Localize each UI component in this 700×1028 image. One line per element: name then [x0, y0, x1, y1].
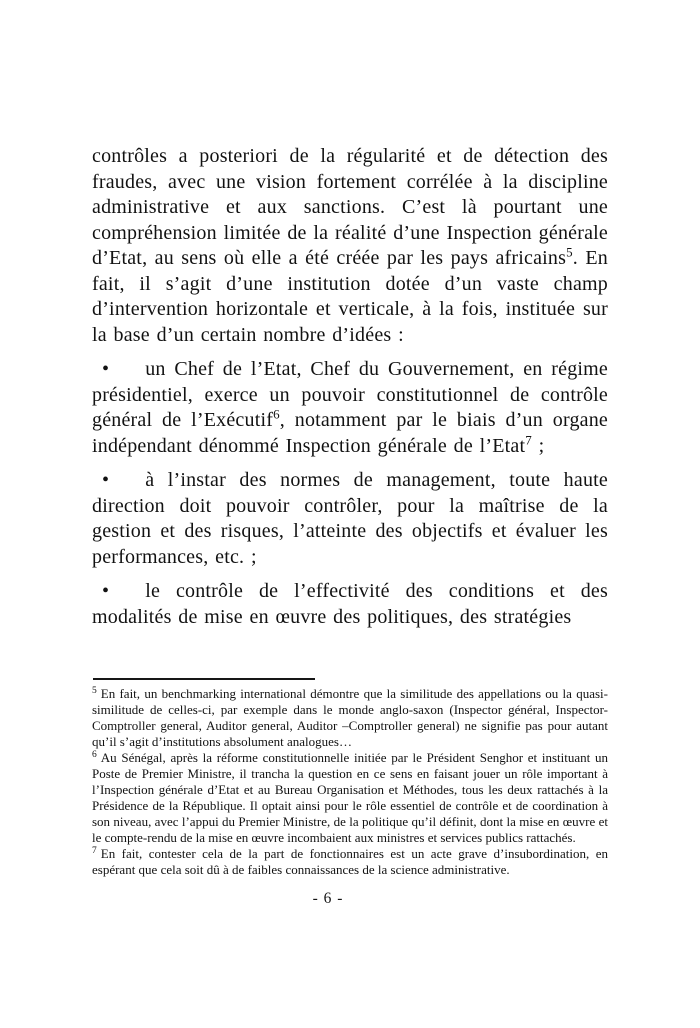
footnote-number: 6 [92, 750, 97, 760]
footnote-text: En fait, contester cela de la part de fo… [92, 846, 608, 877]
footnote-separator-line [93, 678, 315, 680]
bullet-icon: • [102, 469, 109, 491]
paragraph-text: contrôles a posteriori de la régularité … [92, 145, 608, 269]
document-page: contrôles a posteriori de la régularité … [0, 0, 700, 1028]
footnote-text: Au Sénégal, après la réforme constitutio… [92, 750, 608, 845]
bullet-text: à l’instar des normes de management, tou… [92, 469, 608, 568]
footnote-5: 5En fait, un benchmarking international … [92, 686, 608, 750]
bullet-text: le contrôle de l’effectivité des conditi… [92, 580, 608, 628]
body-paragraph: contrôles a posteriori de la régularité … [92, 144, 608, 348]
footnotes-section: 5En fait, un benchmarking international … [92, 672, 608, 878]
footnote-ref-7: 7 [525, 432, 532, 447]
footnote-number: 5 [92, 686, 97, 696]
page-body-text: contrôles a posteriori de la régularité … [92, 144, 608, 630]
footnote-ref-5: 5 [566, 244, 573, 259]
footnote-number: 7 [92, 846, 97, 856]
bullet-icon: • [102, 580, 109, 602]
page-number: - 6 - [70, 890, 586, 908]
footnote-7: 7En fait, contester cela de la part de f… [92, 846, 608, 878]
footnote-text: En fait, un benchmarking international d… [92, 686, 608, 749]
bullet-item-1: •un Chef de l’Etat, Chef du Gouvernement… [92, 357, 608, 459]
bullet-item-3: •le contrôle de l’effectivité des condit… [92, 579, 608, 630]
footnote-ref-6: 6 [273, 406, 280, 421]
footnote-6: 6Au Sénégal, après la réforme constituti… [92, 750, 608, 846]
bullet-item-2: •à l’instar des normes de management, to… [92, 468, 608, 570]
bullet-text: ; [532, 435, 544, 457]
bullet-icon: • [102, 358, 109, 380]
